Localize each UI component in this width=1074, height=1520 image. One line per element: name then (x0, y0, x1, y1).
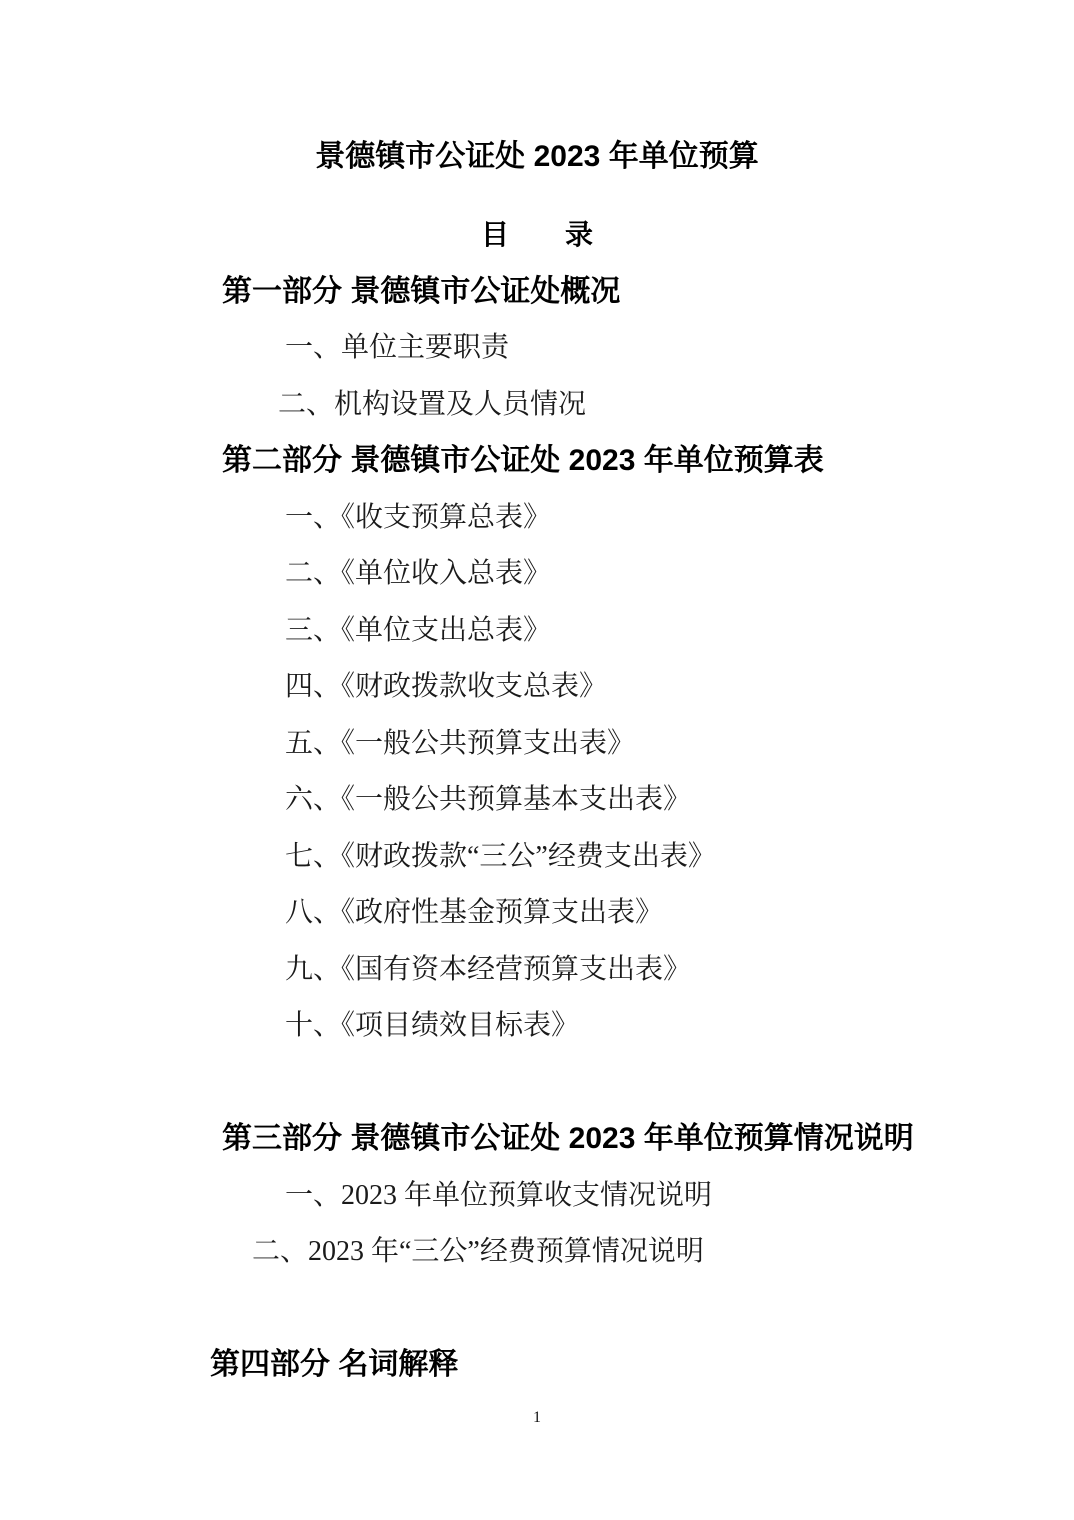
toc-item-2-9: 九、《国有资本经营预算支出表》 (0, 942, 1074, 999)
toc-item-2-7: 七、《财政拨款“三公”经费支出表》 (0, 829, 1074, 886)
toc-item-2-2: 二、《单位收入总表》 (0, 546, 1074, 603)
page-title: 景德镇市公证处 2023 年单位预算 (0, 128, 1074, 185)
toc-item-2-3: 三、《单位支出总表》 (0, 603, 1074, 660)
part-2-heading: 第二部分 景德镇市公证处 2023 年单位预算表 (0, 433, 1074, 490)
toc-item-2-5: 五、《一般公共预算支出表》 (0, 716, 1074, 773)
toc-item-3-2: 二、2023 年“三公”经费预算情况说明 (0, 1224, 1074, 1281)
toc-item-1-2: 二、机构设置及人员情况 (0, 377, 1074, 434)
document-page: 景德镇市公证处 2023 年单位预算 目 录 第一部分 景德镇市公证处概况 一、… (0, 0, 1074, 1520)
toc-item-2-4: 四、《财政拨款收支总表》 (0, 659, 1074, 716)
toc-item-2-8: 八、《政府性基金预算支出表》 (0, 885, 1074, 942)
toc-item-1-1: 一、单位主要职责 (0, 320, 1074, 377)
page-number: 1 (0, 1408, 1074, 1428)
spacer (0, 1055, 1074, 1112)
part-1-heading: 第一部分 景德镇市公证处概况 (0, 264, 1074, 321)
toc-item-2-1: 一、《收支预算总表》 (0, 490, 1074, 547)
spacer (0, 1281, 1074, 1338)
toc-item-2-6: 六、《一般公共预算基本支出表》 (0, 772, 1074, 829)
toc-item-3-1: 一、2023 年单位预算收支情况说明 (0, 1168, 1074, 1225)
toc-item-2-10: 十、《项目绩效目标表》 (0, 998, 1074, 1055)
part-4-heading: 第四部分 名词解释 (0, 1337, 1074, 1394)
toc-heading: 目 录 (0, 207, 1074, 264)
part-3-heading: 第三部分 景德镇市公证处 2023 年单位预算情况说明 (0, 1111, 1074, 1168)
